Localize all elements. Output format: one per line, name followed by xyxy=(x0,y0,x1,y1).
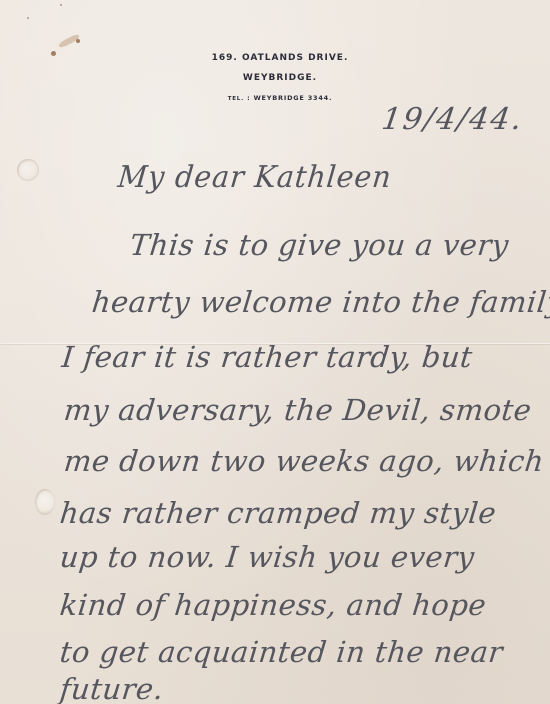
telephone-label: TEL. xyxy=(228,96,244,102)
letter-body-line: kind of happiness, and hope xyxy=(58,588,488,622)
letter-body-line: future. xyxy=(58,672,165,704)
letterhead-address-line1: 169. OATLANDS DRIVE. xyxy=(190,52,370,64)
punch-hole xyxy=(35,489,55,515)
letter-body-line: up to now. I wish you every xyxy=(58,540,476,574)
letter-body-line: to get acquainted in the near xyxy=(58,635,504,669)
letter-body-line: This is to give you a very xyxy=(128,228,510,262)
letter-page: 169. OATLANDS DRIVE. WEYBRIDGE. TEL. : W… xyxy=(0,0,550,704)
letter-body-line: I fear it is rather tardy, but xyxy=(60,340,474,374)
letter-date: 19/4/44. xyxy=(380,102,526,137)
letter-body-line: me down two weeks ago, which xyxy=(62,444,546,478)
paper-speck xyxy=(60,4,62,6)
letter-greeting: My dear Kathleen xyxy=(116,160,393,195)
letter-body-line: has rather cramped my style xyxy=(58,496,498,530)
paper-speck xyxy=(27,17,29,19)
rust-spot xyxy=(51,51,56,56)
letterhead: 169. OATLANDS DRIVE. WEYBRIDGE. TEL. : W… xyxy=(190,52,370,104)
punch-hole xyxy=(17,159,39,181)
telephone-number: WEYBRIDGE 3344. xyxy=(254,94,333,102)
letterhead-address-line2: WEYBRIDGE. xyxy=(190,72,370,84)
rust-spot xyxy=(76,39,80,43)
letter-body-line: my adversary, the Devil, smote xyxy=(62,393,533,427)
letter-body-line: hearty welcome into the family. xyxy=(90,285,550,319)
telephone-separator: : xyxy=(247,94,250,102)
letterhead-telephone: TEL. : WEYBRIDGE 3344. xyxy=(190,93,370,104)
